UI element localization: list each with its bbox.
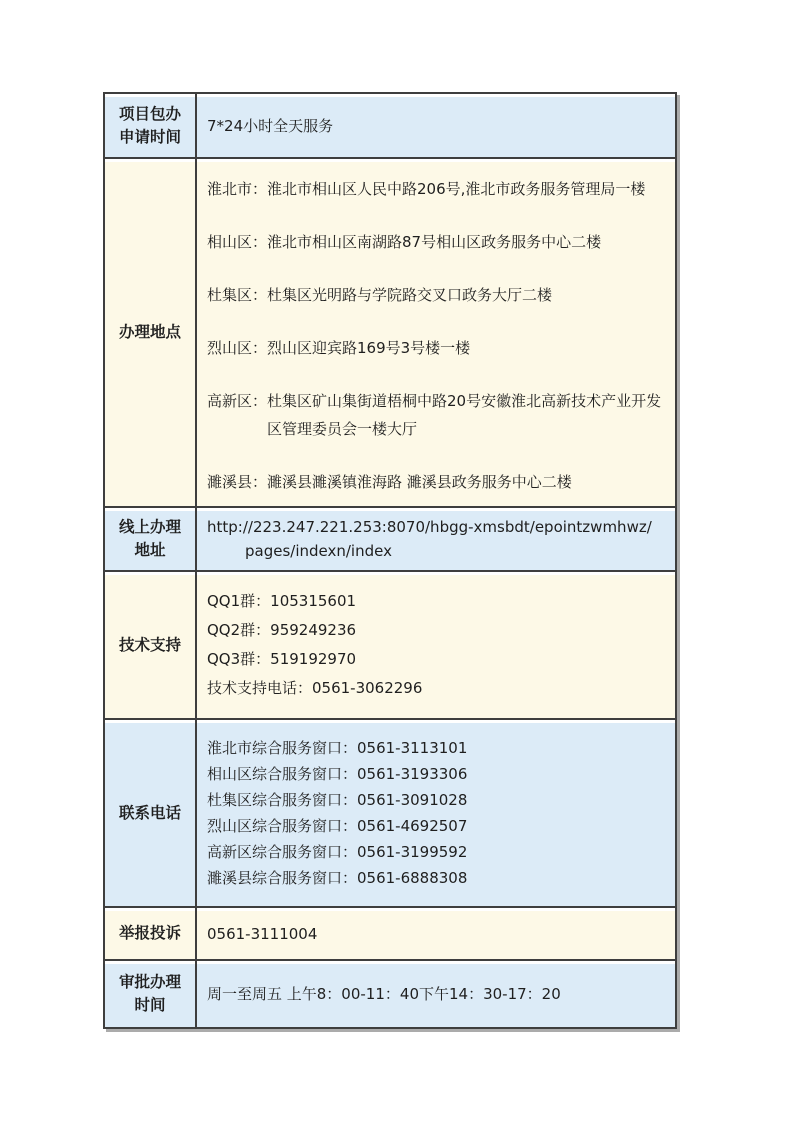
- address-line: 杜集区：杜集区光明路与学院路交叉口政务大厅二楼: [207, 281, 669, 309]
- row-application-time: 项目包办 申请时间 7*24小时全天服务: [105, 94, 675, 157]
- qq-group-line: QQ3群：519192970: [207, 645, 669, 674]
- row-label: 技术支持: [105, 572, 197, 718]
- service-info-table: 项目包办 申请时间 7*24小时全天服务 办理地点 淮北市：淮北市相山区人民中路…: [103, 92, 677, 1029]
- row-label: 项目包办 申请时间: [105, 94, 197, 157]
- row-content: 7*24小时全天服务: [197, 94, 675, 157]
- row-content: http://223.247.221.253:8070/hbgg-xmsbdt/…: [197, 508, 675, 570]
- row-complaint: 举报投诉 0561-3111004: [105, 906, 675, 959]
- address-line: 淮北市：淮北市相山区人民中路206号,淮北市政务服务管理局一楼: [207, 175, 669, 203]
- phone-line: 高新区综合服务窗口：0561-3199592: [207, 839, 669, 865]
- row-content: 周一至周五 上午8：00-11：40下午14：30-17：20: [197, 961, 675, 1027]
- row-label: 审批办理 时间: [105, 961, 197, 1027]
- phone-line: 相山区综合服务窗口：0561-3193306: [207, 761, 669, 787]
- row-content: QQ1群：105315601 QQ2群：959249236 QQ3群：51919…: [197, 572, 675, 718]
- url-text: http://223.247.221.253:8070/hbgg-xmsbdt/…: [207, 515, 669, 539]
- phone-line: 淮北市综合服务窗口：0561-3113101: [207, 735, 669, 761]
- phone-line: 烈山区综合服务窗口：0561-4692507: [207, 813, 669, 839]
- row-label: 办理地点: [105, 159, 197, 506]
- support-phone-line: 技术支持电话：0561-3062296: [207, 674, 669, 703]
- url-text-wrap: pages/indexn/index: [245, 539, 669, 563]
- complaint-phone: 0561-3111004: [207, 922, 669, 946]
- address-line: 高新区：杜集区矿山集街道梧桐中路20号安徽淮北高新技术产业开发区管理委员会一楼大…: [207, 387, 669, 443]
- row-content: 淮北市：淮北市相山区人民中路206号,淮北市政务服务管理局一楼 相山区：淮北市相…: [197, 159, 675, 506]
- document-page: 项目包办 申请时间 7*24小时全天服务 办理地点 淮北市：淮北市相山区人民中路…: [0, 0, 793, 1122]
- phone-line: 杜集区综合服务窗口：0561-3091028: [207, 787, 669, 813]
- row-online-address: 线上办理 地址 http://223.247.221.253:8070/hbgg…: [105, 506, 675, 570]
- address-line: 濉溪县：濉溪县濉溪镇淮海路 濉溪县政务服务中心二楼: [207, 468, 669, 496]
- qq-group-line: QQ1群：105315601: [207, 587, 669, 616]
- row-label: 联系电话: [105, 720, 197, 906]
- row-tech-support: 技术支持 QQ1群：105315601 QQ2群：959249236 QQ3群：…: [105, 570, 675, 718]
- row-approval-time: 审批办理 时间 周一至周五 上午8：00-11：40下午14：30-17：20: [105, 959, 675, 1027]
- qq-group-line: QQ2群：959249236: [207, 616, 669, 645]
- phone-line: 濉溪县综合服务窗口：0561-6888308: [207, 865, 669, 891]
- address-line: 烈山区：烈山区迎宾路169号3号楼一楼: [207, 334, 669, 362]
- address-line: 相山区：淮北市相山区南湖路87号相山区政务服务中心二楼: [207, 228, 669, 256]
- row-location: 办理地点 淮北市：淮北市相山区人民中路206号,淮北市政务服务管理局一楼 相山区…: [105, 157, 675, 506]
- row-label: 举报投诉: [105, 908, 197, 959]
- row-content: 淮北市综合服务窗口：0561-3113101 相山区综合服务窗口：0561-31…: [197, 720, 675, 906]
- row-label: 线上办理 地址: [105, 508, 197, 570]
- row-content: 0561-3111004: [197, 908, 675, 959]
- approval-hours: 周一至周五 上午8：00-11：40下午14：30-17：20: [207, 982, 669, 1006]
- row-contact-phone: 联系电话 淮北市综合服务窗口：0561-3113101 相山区综合服务窗口：05…: [105, 718, 675, 906]
- value-text: 7*24小时全天服务: [207, 114, 669, 138]
